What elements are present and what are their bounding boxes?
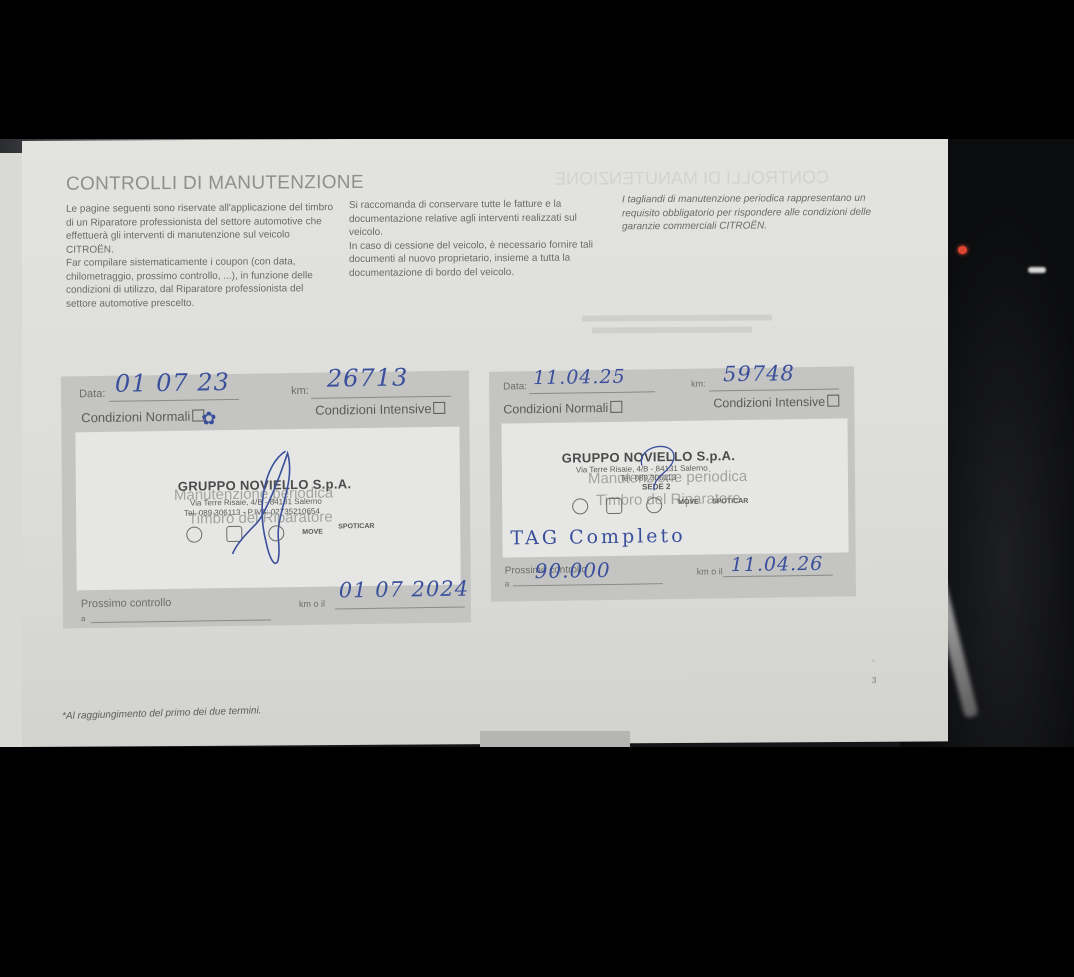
km-or-date-label: km o il [299, 599, 325, 609]
handwritten-signature [632, 435, 683, 496]
maintenance-coupon-2: Data: 11.04.25 km: 59748 Condizioni Norm… [489, 366, 856, 601]
page-title: CONTROLLI DI MANUTENZIONE [66, 172, 364, 196]
intensive-conditions-label: Condizioni Intensive [713, 395, 825, 411]
handwritten-note: TAG Completo [510, 525, 685, 550]
km-or-date-label: km o il [697, 566, 723, 576]
checkbox-scribble-mark: ✿ [201, 408, 217, 429]
opel-logo-icon [572, 498, 588, 514]
intro-paragraph-3: I tagliandi di manutenzione periodica ra… [622, 192, 892, 234]
km-line [311, 396, 451, 399]
intensive-conditions-checkbox[interactable]: Condizioni Intensive [713, 395, 839, 411]
checkbox-normal[interactable] [610, 401, 622, 413]
spoticar-logo: SPOTICAR [712, 498, 748, 506]
intensive-conditions-checkbox[interactable]: Condizioni Intensive [315, 401, 445, 418]
bleed-through-title: CONTROLLI DI MANUTENZIONE [554, 167, 829, 190]
spoticar-logo: SPOTICAR [338, 523, 374, 531]
km-line [709, 389, 839, 392]
next-date-handwritten: 11.04.26 [731, 553, 824, 576]
photo-scene: CONTROLLI DI MANUTENZIONE CONTROLLI DI M… [0, 139, 1074, 747]
date-label: Data: [79, 388, 105, 400]
next-date-handwritten: 01 07 2024 [339, 577, 469, 603]
km-label: km: [691, 379, 706, 389]
dealer-stamp-area: Manutenzione periodica Timbro del Ripara… [501, 418, 848, 557]
intro-paragraph-1: Le pagine seguenti sono riservate all'ap… [66, 201, 336, 311]
km-handwritten: 59748 [723, 361, 795, 386]
footnote: *Al raggiungimento del primo dei due ter… [62, 705, 262, 722]
page-marker: ⁸ [872, 659, 875, 666]
opel-logo-icon [186, 526, 202, 542]
km-label: km: [291, 385, 309, 397]
maintenance-booklet-page: CONTROLLI DI MANUTENZIONE CONTROLLI DI M… [22, 139, 948, 747]
handwritten-signature [226, 443, 307, 584]
next-check-a-label: a [505, 579, 510, 588]
date-line [109, 399, 239, 402]
ds-logo-icon [646, 497, 662, 513]
next-km-handwritten: 90.000 [535, 558, 611, 583]
intensive-conditions-label: Condizioni Intensive [315, 401, 431, 418]
white-indicator-light [1028, 267, 1046, 273]
next-km-line [513, 583, 663, 586]
normal-conditions-checkbox[interactable]: Condizioni Normali [503, 401, 622, 417]
maintenance-coupon-1: Data: 01 07 23 km: 26713 Condizioni Norm… [61, 370, 471, 628]
next-check-a-label: a [81, 614, 86, 623]
left-page-edge [0, 153, 24, 747]
normal-conditions-checkbox[interactable]: Condizioni Normali [81, 408, 204, 425]
bleed-through-text [582, 304, 832, 334]
citroen-logo-icon [606, 498, 622, 514]
date-handwritten: 01 07 23 [115, 368, 230, 398]
dealer-stamp-area: Manutenzione periodica Timbro del Ripara… [75, 427, 460, 591]
normal-conditions-label: Condizioni Normali [503, 401, 608, 417]
date-label: Data: [503, 381, 527, 392]
next-date-line [335, 607, 465, 610]
date-handwritten: 11.04.25 [533, 366, 626, 389]
intro-paragraph-2: Si raccomanda di conservare tutte le fat… [349, 197, 609, 280]
next-check-label: Prossimo controllo [81, 597, 172, 610]
checkbox-intensive[interactable] [827, 395, 839, 407]
red-indicator-light [958, 246, 967, 254]
km-handwritten: 26713 [327, 363, 409, 392]
normal-conditions-label: Condizioni Normali [81, 409, 190, 426]
checkbox-intensive[interactable] [434, 402, 446, 414]
move-logo: MOVE [678, 499, 699, 506]
next-km-line [91, 619, 271, 623]
date-line [529, 391, 655, 394]
page-number: 3 [872, 676, 876, 685]
page-bottom-shadow [480, 731, 630, 747]
